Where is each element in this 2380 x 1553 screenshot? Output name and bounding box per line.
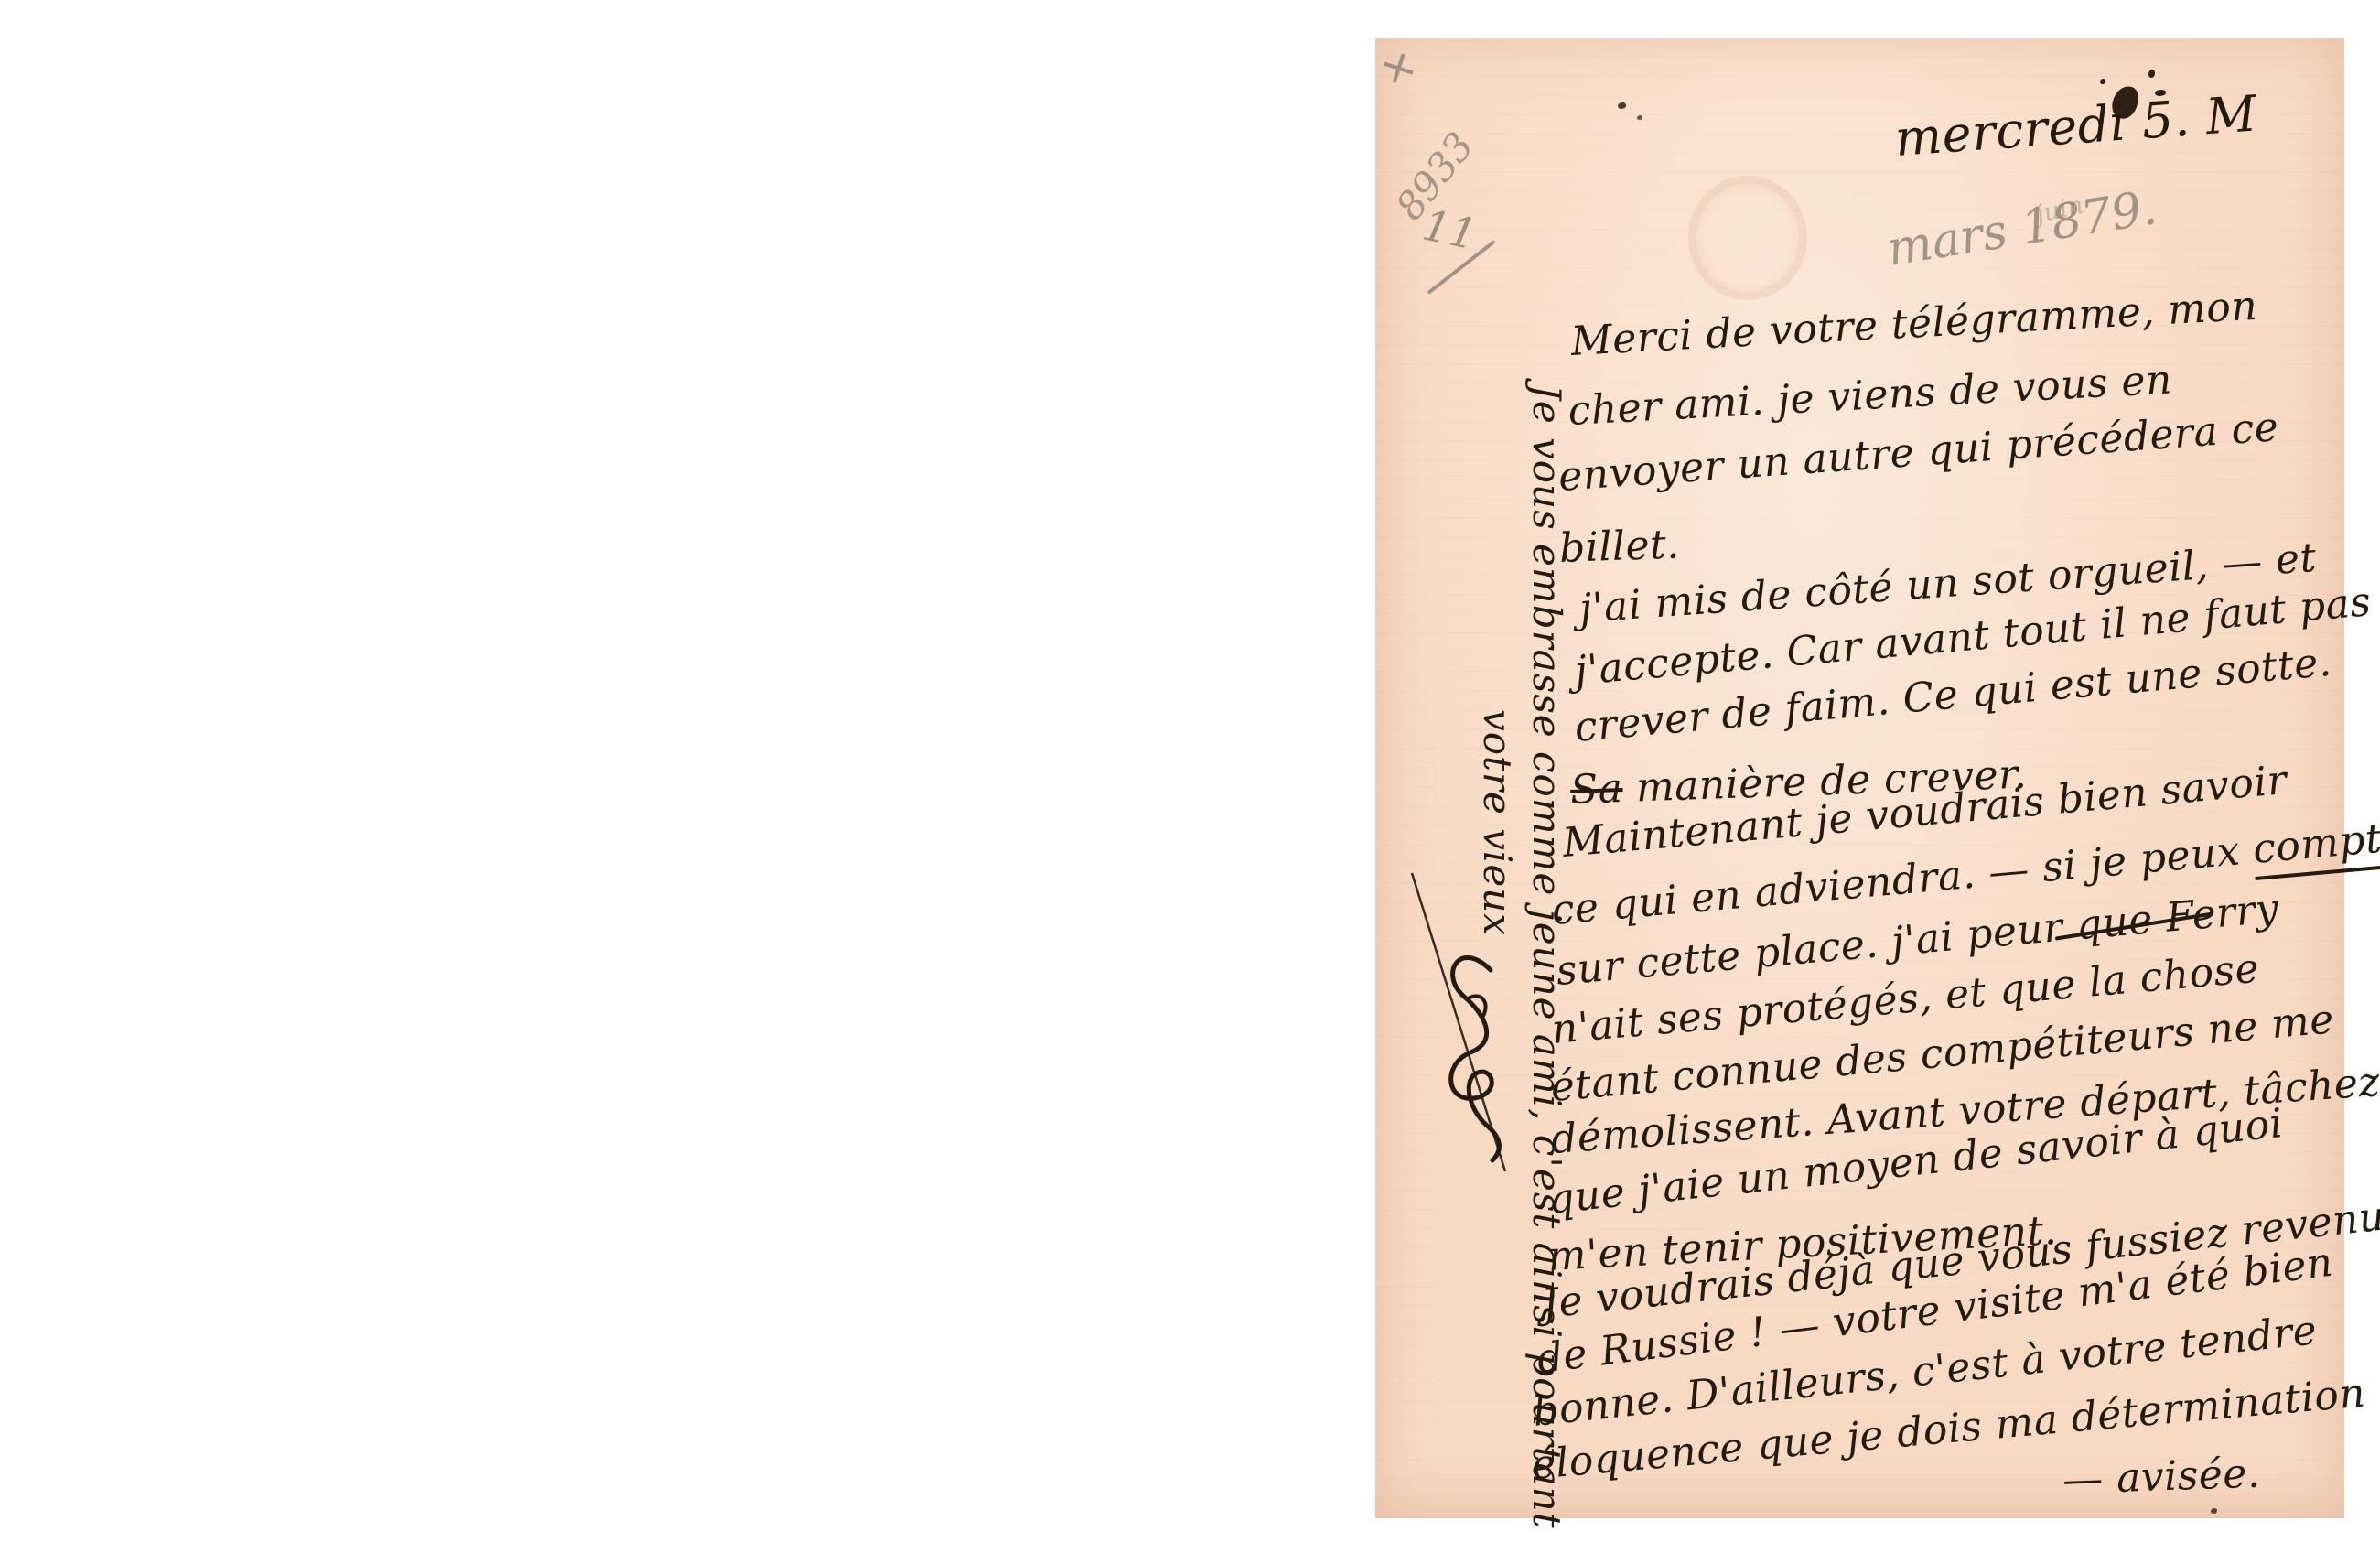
- ink-speck: [2100, 79, 2105, 84]
- pencil-archivist-date: mars 1879.: [1883, 180, 2160, 277]
- embossed-stamp-icon: [1688, 176, 1807, 300]
- strikethrough-word: Sa: [1569, 765, 1623, 814]
- pencil-stroke-mark: 11: [1418, 200, 1481, 260]
- ink-speck: [1618, 102, 1626, 109]
- heading-date: mercredi 5. M: [1893, 86, 2259, 166]
- ink-speck: [2148, 70, 2155, 78]
- underlined-word: compter: [2251, 812, 2380, 880]
- letter-line-21: — avisée.: [2062, 1451, 2261, 1503]
- ink-speck: [1637, 115, 1642, 120]
- letter-line-1: Merci de votre télégramme, mon: [1569, 285, 2258, 365]
- signature-flourish-icon: [1403, 862, 1540, 1201]
- pencil-cross-mark: +: [1372, 36, 1427, 101]
- letter-line-4: billet.: [1558, 523, 1680, 571]
- scan-background: + 8933 11 mercredi 5. M juin mars 1879. …: [0, 0, 2380, 1553]
- letter-page: + 8933 11 mercredi 5. M juin mars 1879. …: [1375, 38, 2344, 1518]
- ink-speck: [2211, 1508, 2217, 1514]
